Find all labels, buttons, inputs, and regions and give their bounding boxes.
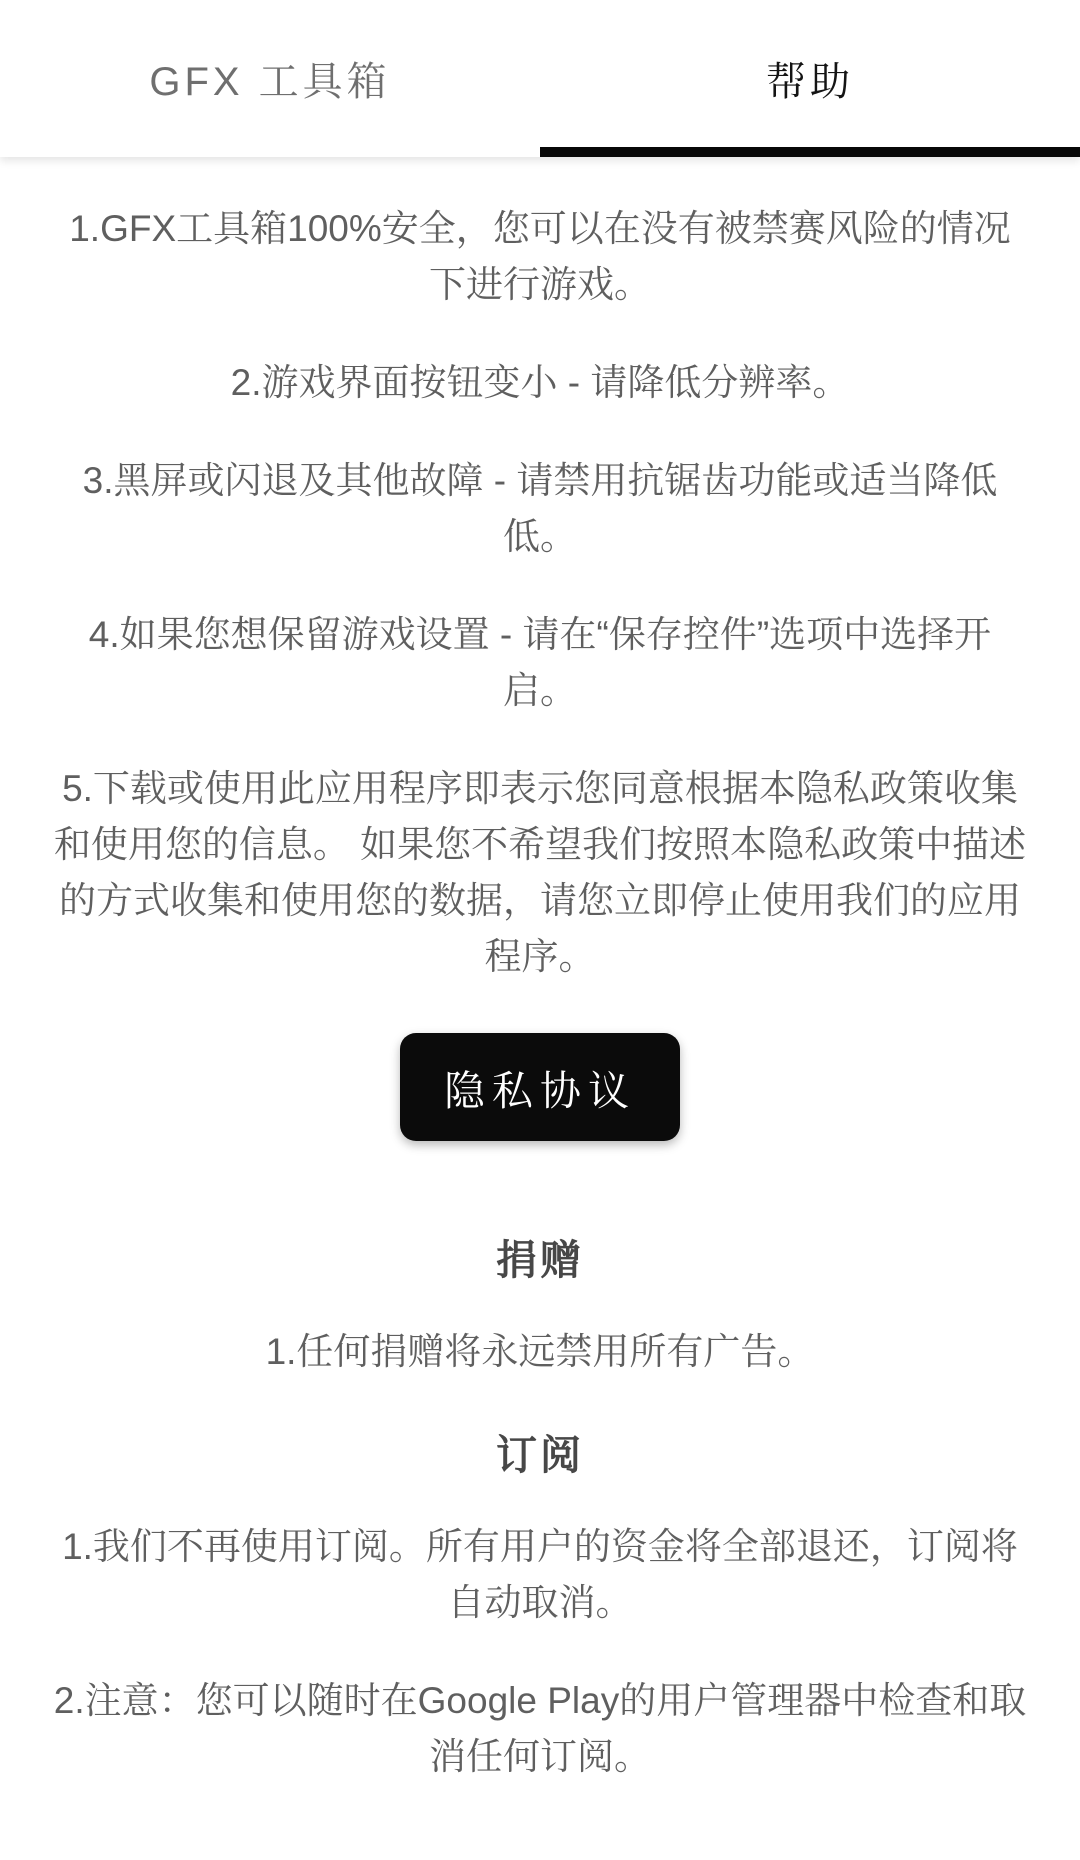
section-title-subscription: 订阅 [52,1422,1028,1481]
tab-help-label: 帮助 [766,50,854,107]
help-content: 1.GFX工具箱100%安全，您可以在没有被禁赛风险的情况下进行游戏。 2.游戏… [0,157,1080,1860]
donation-item-1: 1.任何捐赠将永远禁用所有广告。 [52,1324,1028,1380]
help-item-1: 1.GFX工具箱100%安全，您可以在没有被禁赛风险的情况下进行游戏。 [52,201,1028,313]
app-screen: GFX 工具箱 帮助 1.GFX工具箱100%安全，您可以在没有被禁赛风险的情况… [0,0,1080,1860]
help-item-2: 2.游戏界面按钮变小 - 请降低分辨率。 [52,355,1028,411]
tab-bar: GFX 工具箱 帮助 [0,0,1080,157]
privacy-button-row: 隐私协议 [52,1033,1028,1141]
privacy-policy-button[interactable]: 隐私协议 [400,1033,680,1141]
active-tab-indicator [540,147,1080,157]
subscription-item-2: 2.注意：您可以随时在Google Play的用户管理器中检查和取消任何订阅。 [52,1673,1028,1785]
help-item-5: 5.下载或使用此应用程序即表示您同意根据本隐私政策收集和使用您的信息。 如果您不… [52,761,1028,985]
section-title-donation: 捐赠 [52,1227,1028,1286]
help-item-3: 3.黑屏或闪退及其他故障 - 请禁用抗锯齿功能或适当降低低。 [52,453,1028,565]
help-item-4: 4.如果您想保留游戏设置 - 请在“保存控件”选项中选择开启。 [52,607,1028,719]
tab-gfx-toolbox-label: GFX 工具箱 [149,50,390,107]
tab-gfx-toolbox[interactable]: GFX 工具箱 [0,0,540,157]
subscription-item-1: 1.我们不再使用订阅。所有用户的资金将全部退还，订阅将自动取消。 [52,1519,1028,1631]
tab-help[interactable]: 帮助 [540,0,1080,157]
